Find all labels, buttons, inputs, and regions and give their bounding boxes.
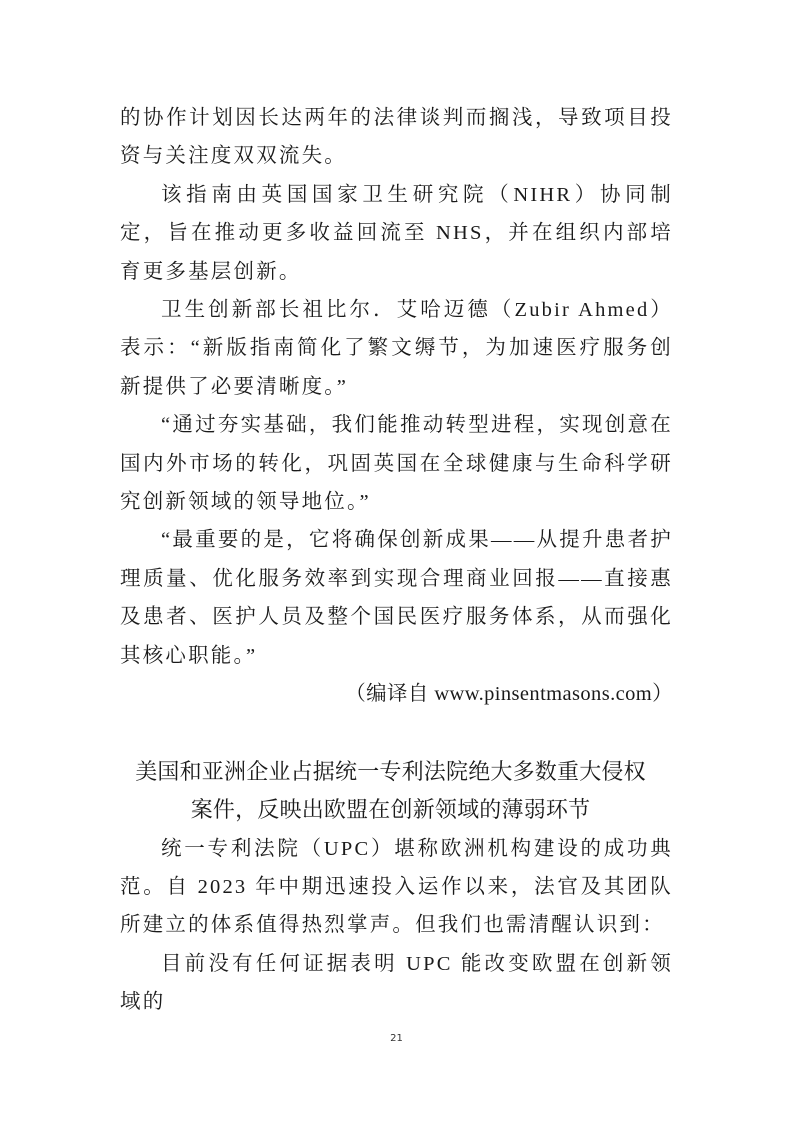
page-number: 21 <box>0 1033 793 1044</box>
paragraph-upc-intro: 统一专利法院（UPC）堪称欧洲机构建设的成功典范。自 2023 年中期迅速投入运… <box>120 830 673 945</box>
paragraph-minister-quote-1: 卫生创新部长祖比尔．艾哈迈德（Zubir Ahmed）表示：“新版指南简化了繁文… <box>120 291 673 406</box>
paragraph-nihr: 该指南由英国国家卫生研究院（NIHR）协同制定，旨在推动更多收益回流至 NHS，… <box>120 176 673 291</box>
paragraph-minister-quote-2: “通过夯实基础，我们能推动转型进程，实现创意在国内外市场的转化，巩固英国在全球健… <box>120 406 673 521</box>
source-note: （编译自 www.pinsentmasons.com） <box>120 675 673 713</box>
section-heading-line-2: 案件，反映出欧盟在创新领域的薄弱环节 <box>114 792 667 830</box>
section-spacer <box>120 714 673 754</box>
paragraph-continuation: 的协作计划因长达两年的法律谈判而搁浅，导致项目投资与关注度双双流失。 <box>120 99 673 176</box>
document-page: 的协作计划因长达两年的法律谈判而搁浅，导致项目投资与关注度双双流失。 该指南由英… <box>120 99 673 1022</box>
paragraph-upc-evidence: 目前没有任何证据表明 UPC 能改变欧盟在创新领域的 <box>120 945 673 1022</box>
paragraph-minister-quote-3: “最重要的是，它将确保创新成果——从提升患者护理质量、优化服务效率到实现合理商业… <box>120 521 673 675</box>
section-heading-line-1: 美国和亚洲企业占据统一专利法院绝大多数重大侵权 <box>114 754 667 792</box>
